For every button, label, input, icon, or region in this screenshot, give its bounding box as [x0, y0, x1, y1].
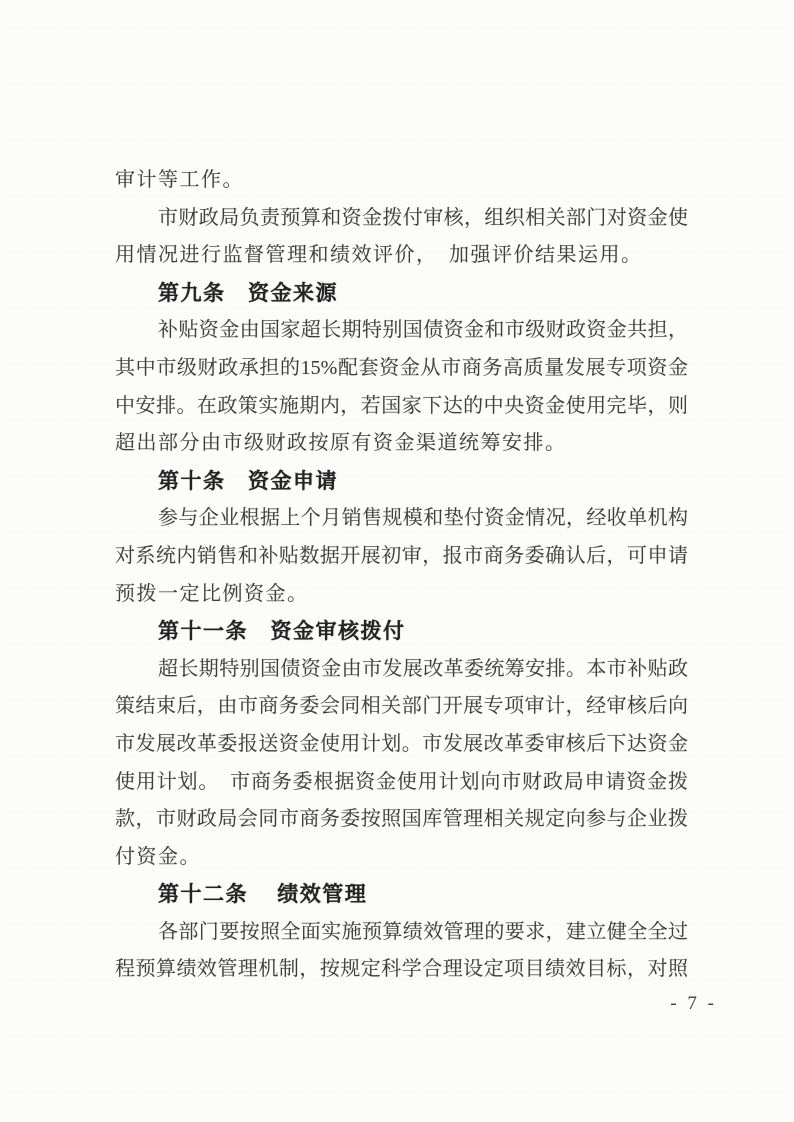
document-page: 审计等工作。 市财政局负责预算和资金拨付审核，组织相关部门对资金使 用情况进行监… [0, 0, 794, 1122]
body-line: 使用计划。 市商务委根据资金使用计划向市财政局申请资金拨 [115, 764, 688, 802]
body-line: 审计等工作。 [115, 162, 688, 200]
body-line: 各部门要按照全面实施预算绩效管理的要求，建立健全全过 [115, 914, 688, 952]
body-line: 补贴资金由国家超长期特别国债资金和市级财政资金共担， [115, 312, 688, 350]
document-body: 审计等工作。 市财政局负责预算和资金拨付审核，组织相关部门对资金使 用情况进行监… [115, 162, 688, 989]
body-line: 付资金。 [115, 839, 688, 877]
heading-article-12: 第十二条 绩效管理 [115, 876, 688, 914]
body-line: 对系统内销售和补贴数据开展初审，报市商务委确认后，可申请 [115, 538, 688, 576]
body-line: 中安排。在政策实施期内，若国家下达的中央资金使用完毕，则 [115, 388, 688, 426]
heading-article-11: 第十一条 资金审核拨付 [115, 613, 688, 651]
body-line: 款，市财政局会同市商务委按照国库管理相关规定向参与企业拨 [115, 801, 688, 839]
body-line: 程预算绩效管理机制，按规定科学合理设定项目绩效目标，对照 [115, 951, 688, 989]
body-line: 策结束后，由市商务委会同相关部门开展专项审计，经审核后向 [115, 688, 688, 726]
heading-article-9: 第九条 资金来源 [115, 275, 688, 313]
heading-article-10: 第十条 资金申请 [115, 463, 688, 501]
body-line: 超出部分由市级财政按原有资金渠道统筹安排。 [115, 425, 688, 463]
body-line: 用情况进行监督管理和绩效评价， 加强评价结果运用。 [115, 237, 688, 275]
body-line: 市财政局负责预算和资金拨付审核，组织相关部门对资金使 [115, 200, 688, 238]
body-line: 预拨一定比例资金。 [115, 576, 688, 614]
body-line: 参与企业根据上个月销售规模和垫付资金情况，经收单机构 [115, 500, 688, 538]
body-line: 其中市级财政承担的15%配套资金从市商务高质量发展专项资金 [115, 350, 688, 388]
body-line: 超长期特别国债资金由市发展改革委统筹安排。本市补贴政 [115, 651, 688, 689]
body-line: 市发展改革委报送资金使用计划。市发展改革委审核后下达资金 [115, 726, 688, 764]
page-number: - 7 - [670, 992, 717, 1016]
